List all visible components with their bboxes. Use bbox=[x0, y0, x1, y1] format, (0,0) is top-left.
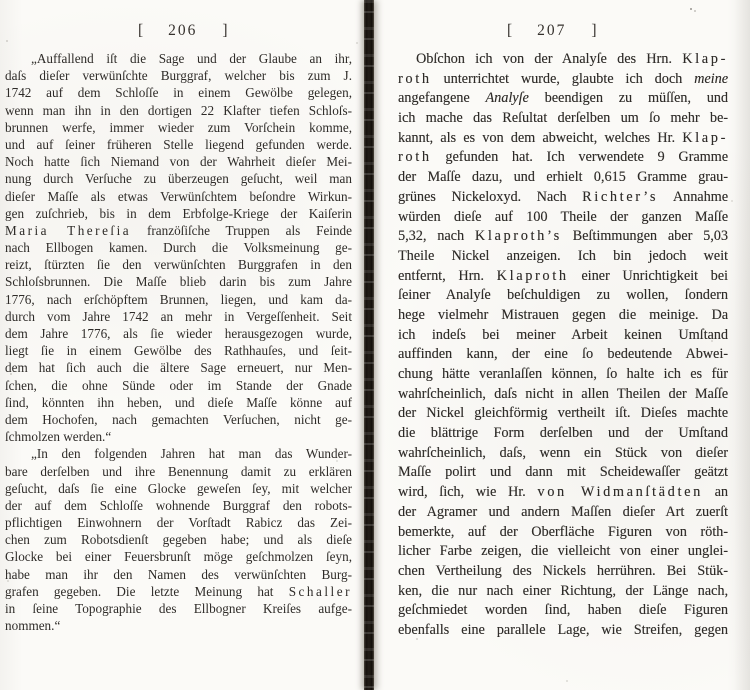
text-segment: ich mache das Reſultat derſelben um ſo m… bbox=[398, 110, 728, 126]
text-line: der Nickel gleichförmig vertheilt iſt. D… bbox=[398, 404, 728, 424]
text-segment: durch vom Jahre 1742 an mehr in Vergeſſe… bbox=[5, 309, 352, 324]
text-line: auffinden kann, der eine ſo bedeutende A… bbox=[398, 345, 728, 365]
text-segment: Glocke bei einer Feuersbrunſt möge geſch… bbox=[5, 549, 352, 564]
text-line: liegt ſie in einem Gewölbe des Rathhauſe… bbox=[5, 342, 352, 359]
book-binding-gutter bbox=[364, 0, 374, 690]
text-segment: der auf dem Schloſſe wohnende Burggraf d… bbox=[5, 498, 352, 513]
text-segment: wird, ſich, wie Hr. bbox=[398, 484, 537, 500]
letterspaced-name: Maria Thereſia bbox=[5, 223, 131, 238]
text-line: grafen gegeben. Die letzte Meinung hat S… bbox=[5, 583, 352, 600]
text-line: Theile Nickel anzeigen. Ich bin jedoch w… bbox=[398, 247, 728, 267]
text-line: wird, ſich, wie Hr. von Widmanſtädten an bbox=[398, 483, 728, 503]
text-line: Maſſe polirt und dann mit Scheidewaſſer … bbox=[398, 463, 728, 483]
text-line: chen zum Robotsdienſt gegeben habe; und … bbox=[5, 531, 352, 548]
text-segment: unterrichtet wurde, glaubte ich doch bbox=[432, 71, 694, 87]
text-segment: an bbox=[703, 484, 728, 500]
text-line: daſs dieſer verwünſchte Burggraf, welche… bbox=[5, 67, 352, 84]
letterspaced-name: von Widmanſtädten bbox=[537, 484, 702, 500]
text-line: ſind, könnten ihn heben, und dieſe Maſſe… bbox=[5, 394, 352, 411]
italic-text: meine bbox=[694, 71, 728, 87]
text-line: reizt, ſtürzten ſie den verwünſchten Bur… bbox=[5, 256, 352, 273]
text-line: habe man ihr den Namen des verwünſchten … bbox=[5, 566, 352, 583]
text-segment: brunnen werfe, immer wieder zum Vorſchei… bbox=[5, 120, 352, 135]
text-line: 1742 auf dem Schloſſe in einem Gewölbe g… bbox=[5, 84, 352, 101]
text-line: geſchmiedet worden ſind, haben dieſe Fig… bbox=[398, 601, 728, 621]
text-segment: chen Vertheilung des Nickels herrühren. … bbox=[398, 563, 728, 579]
text-segment: wahrſcheinlich, daſs, wenn ein Stück von… bbox=[398, 445, 728, 461]
page-number-left: 206 bbox=[168, 22, 197, 40]
text-segment: franzöſiſche Truppen als Feinde bbox=[131, 223, 352, 238]
text-segment: Theile Nickel anzeigen. Ich bin jedoch w… bbox=[398, 248, 728, 264]
text-segment: der Agramer und andern Maſſen dieſer Art… bbox=[398, 504, 728, 520]
text-segment: ken, die nur nach einer Richtung, der Lä… bbox=[398, 583, 728, 599]
text-line: nach Ellbogen kamen. Durch die Volksmein… bbox=[5, 239, 352, 256]
text-segment: ſchmolzen werden.“ bbox=[5, 429, 111, 444]
text-segment: „In den folgenden Jahren hat man das Wun… bbox=[31, 446, 352, 461]
bracket-right-icon: ] bbox=[222, 22, 227, 39]
text-line: „Auffallend iſt die Sage und der Glaube … bbox=[5, 50, 352, 67]
text-line: der auf dem Schloſſe wohnende Burggraf d… bbox=[5, 497, 352, 514]
text-segment: gen zuſchrieb, bis in dem Erbfolge-Krieg… bbox=[5, 206, 352, 221]
text-segment: reizt, ſtürzten ſie den verwünſchten Bur… bbox=[5, 257, 352, 272]
book-scan-page: [206] [207] „Auffallend iſt die Sage und… bbox=[0, 0, 750, 690]
text-line: ken, die nur nach einer Richtung, der Lä… bbox=[398, 582, 728, 602]
text-segment: und auf ſeiner früheren Stelle liegend g… bbox=[5, 137, 352, 152]
text-segment: Maſſe polirt und dann mit Scheidewaſſer … bbox=[398, 464, 728, 480]
text-line: chung hätte veranlaſſen können, ſo halte… bbox=[398, 365, 728, 385]
text-segment: auffinden kann, der eine ſo bedeutende A… bbox=[398, 346, 728, 362]
text-line: bemerkte, auf der Oberfläche Figuren von… bbox=[398, 523, 728, 543]
bracket-right-icon: ] bbox=[591, 22, 596, 39]
page-body-right: Obſchon ich von der Analyſe des Hrn. Kla… bbox=[398, 50, 728, 641]
text-segment: 1776, nach erſchöpftem Brunnen, liegen, … bbox=[5, 292, 352, 307]
text-segment: ich indeſs bei meiner Arbeit keinen Umſt… bbox=[398, 327, 728, 343]
text-segment: wenn man ihn in den dortigen 22 Klafter … bbox=[5, 103, 352, 118]
bracket-left-icon: [ bbox=[138, 22, 143, 39]
letterspaced-name: Richter’s bbox=[582, 189, 658, 205]
text-line: Schloſsbrunnen. Die Maſſe blieb darin bi… bbox=[5, 273, 352, 290]
text-line: geſucht, daſs ſie eine Glocke geweſen ſe… bbox=[5, 480, 352, 497]
text-segment: 5,32, nach bbox=[398, 228, 475, 244]
text-segment: chen zum Robotsdienſt gegeben habe; und … bbox=[5, 532, 352, 547]
text-segment: licher Farbe zeigen, die vielleicht von … bbox=[398, 543, 728, 559]
text-line: pflichtigen Einwohnern der Vorſtadt Rabi… bbox=[5, 514, 352, 531]
text-segment: geſucht, daſs ſie eine Glocke geweſen ſe… bbox=[5, 481, 352, 496]
text-segment: Beſtimmungen aber 5,03 bbox=[562, 228, 728, 244]
text-segment: angefangene bbox=[398, 90, 486, 106]
letterspaced-name: Klap- bbox=[682, 130, 728, 146]
text-segment: bemerkte, auf der Oberfläche Figuren von… bbox=[398, 524, 728, 540]
text-line: Glocke bei einer Feuersbrunſt möge geſch… bbox=[5, 548, 352, 565]
text-line: roth unterrichtet wurde, glaubte ich doc… bbox=[398, 70, 728, 90]
text-line: durch vom Jahre 1742 an mehr in Vergeſſe… bbox=[5, 308, 352, 325]
text-line: dem Hochofen, nach gemachten Verſuchen, … bbox=[5, 411, 352, 428]
text-line: der Maſſe dazu, und erhielt 0,615 Gramme… bbox=[398, 168, 728, 188]
letterspaced-name: Schaller bbox=[289, 584, 352, 599]
text-segment: pflichtigen Einwohnern der Vorſtadt Rabi… bbox=[5, 515, 352, 530]
italic-text: Analyſe bbox=[486, 90, 529, 106]
text-segment: hege vielmehr Mistrauen gegen die meinig… bbox=[398, 307, 728, 323]
text-line: brunnen werfe, immer wieder zum Vorſchei… bbox=[5, 119, 352, 136]
text-line: ſchen, die ohne Sünde oder im Stande der… bbox=[5, 377, 352, 394]
text-line: licher Farbe zeigen, die vielleicht von … bbox=[398, 542, 728, 562]
letterspaced-name: Klaproth’s bbox=[475, 228, 562, 244]
text-line: nommen.“ bbox=[5, 617, 352, 634]
text-line: ſeiner Analyſe beſchuldigen zu wollen, ſ… bbox=[398, 286, 728, 306]
text-segment: grünes Nickeloxyd. Nach bbox=[398, 189, 582, 205]
text-segment: 1742 auf dem Schloſſe in einem Gewölbe g… bbox=[5, 85, 352, 100]
text-line: die blättrige Form derſelben und der Umſ… bbox=[398, 424, 728, 444]
text-line: dem hat ſich auch die ältere Sage erneue… bbox=[5, 359, 352, 376]
text-segment: liegt ſie in einem Gewölbe des Rathhauſe… bbox=[5, 343, 352, 358]
text-line: ich mache das Reſultat derſelben um ſo m… bbox=[398, 109, 728, 129]
scan-noise-specks bbox=[6, 40, 8, 42]
text-segment: chung hätte veranlaſſen können, ſo halte… bbox=[398, 366, 728, 382]
text-segment: dem Hochofen, nach gemachten Verſuchen, … bbox=[5, 412, 352, 427]
text-line: 1776, nach erſchöpftem Brunnen, liegen, … bbox=[5, 291, 352, 308]
text-segment: geſchmiedet worden ſind, haben dieſe Fig… bbox=[398, 602, 728, 618]
text-segment: habe man ihr den Namen des verwünſchten … bbox=[5, 567, 352, 582]
text-line: grünes Nickeloxyd. Nach Richter’s Annahm… bbox=[398, 188, 728, 208]
text-segment: gefunden hat. Ich verwendete 9 Gramme bbox=[432, 149, 728, 165]
text-segment: dieſer Maſſe als etwas Verwünſchtem beſo… bbox=[5, 189, 352, 204]
letterspaced-name: roth bbox=[398, 149, 432, 165]
text-segment: grafen gegeben. Die letzte Meinung hat bbox=[5, 584, 289, 599]
page-number-right: 207 bbox=[537, 22, 566, 40]
text-line: nung durch Verſuche zu überzeugen geſuch… bbox=[5, 170, 352, 187]
letterspaced-name: Klaproth bbox=[497, 268, 569, 284]
text-segment: ebenfalls eine parallele Lage, wie Strei… bbox=[398, 622, 728, 638]
text-line: wahrſcheinlich, daſs, wenn ein Stück von… bbox=[398, 444, 728, 464]
text-line: bare derſelben und ihre Benennung damit … bbox=[5, 463, 352, 480]
text-segment: in ſeine Topographie des Ellbogner Kreiſ… bbox=[5, 601, 352, 616]
text-segment: die blättrige Form derſelben und der Umſ… bbox=[398, 425, 728, 441]
text-line: ſchmolzen werden.“ bbox=[5, 428, 352, 445]
text-line: und auf ſeiner früheren Stelle liegend g… bbox=[5, 136, 352, 153]
text-segment: beendigen zu müſſen, und bbox=[529, 90, 728, 106]
text-segment: einer Unrichtigkeit bei bbox=[569, 268, 728, 284]
text-line: chen Vertheilung des Nickels herrühren. … bbox=[398, 562, 728, 582]
text-segment: ſind, könnten ihn heben, und dieſe Maſſe… bbox=[5, 395, 352, 410]
text-line: „In den folgenden Jahren hat man das Wun… bbox=[5, 445, 352, 462]
letterspaced-name: roth bbox=[398, 71, 432, 87]
text-line: wahrſcheinlich, daſs nicht in allen Thei… bbox=[398, 385, 728, 405]
text-line: Noch hatte ſich Niemand von der Wahrheit… bbox=[5, 153, 352, 170]
page-header-right: [207] bbox=[507, 22, 597, 40]
text-line: entfernt, Hrn. Klaproth einer Unrichtigk… bbox=[398, 267, 728, 287]
text-line: roth gefunden hat. Ich verwendete 9 Gram… bbox=[398, 148, 728, 168]
text-segment: dem hat ſich auch die ältere Sage erneue… bbox=[5, 360, 352, 375]
text-segment: Annahme bbox=[658, 189, 728, 205]
text-segment: Obſchon ich von der Analyſe des Hrn. bbox=[416, 51, 682, 67]
text-line: dem Jahre 1776, als ſie wieder herausgez… bbox=[5, 325, 352, 342]
text-segment: dem Jahre 1776, als ſie wieder herausgez… bbox=[5, 326, 352, 341]
text-segment: entfernt, Hrn. bbox=[398, 268, 497, 284]
page-header-left: [206] bbox=[138, 22, 228, 40]
text-line: 5,32, nach Klaproth’s Beſtimmungen aber … bbox=[398, 227, 728, 247]
text-line: ebenfalls eine parallele Lage, wie Strei… bbox=[398, 621, 728, 641]
text-segment: nach Ellbogen kamen. Durch die Volksmein… bbox=[5, 240, 352, 255]
text-line: in ſeine Topographie des Ellbogner Kreiſ… bbox=[5, 600, 352, 617]
text-segment: nommen.“ bbox=[5, 618, 60, 633]
text-segment: ſeiner Analyſe beſchuldigen zu wollen, ſ… bbox=[398, 287, 728, 303]
text-line: hege vielmehr Mistrauen gegen die meinig… bbox=[398, 306, 728, 326]
text-line: der Agramer und andern Maſſen dieſer Art… bbox=[398, 503, 728, 523]
text-segment: nung durch Verſuche zu überzeugen geſuch… bbox=[5, 171, 352, 186]
text-segment: kannt, als es von dem abweicht, welches … bbox=[398, 130, 682, 146]
text-segment: der Maſſe dazu, und erhielt 0,615 Gramme… bbox=[398, 169, 728, 185]
page-body-left: „Auffallend iſt die Sage und der Glaube … bbox=[5, 50, 352, 634]
text-line: wenn man ihn in den dortigen 22 Klafter … bbox=[5, 102, 352, 119]
text-line: ich indeſs bei meiner Arbeit keinen Umſt… bbox=[398, 326, 728, 346]
text-segment: Noch hatte ſich Niemand von der Wahrheit… bbox=[5, 154, 352, 169]
text-segment: daſs dieſer verwünſchte Burggraf, welche… bbox=[5, 68, 352, 83]
text-line: Maria Thereſia franzöſiſche Truppen als … bbox=[5, 222, 352, 239]
text-line: gen zuſchrieb, bis in dem Erbfolge-Krieg… bbox=[5, 205, 352, 222]
text-segment: der Nickel gleichförmig vertheilt iſt. D… bbox=[398, 405, 728, 421]
text-segment: Schloſsbrunnen. Die Maſſe blieb darin bi… bbox=[5, 274, 352, 289]
text-segment: wahrſcheinlich, daſs nicht in allen Thei… bbox=[398, 386, 728, 402]
bracket-left-icon: [ bbox=[507, 22, 512, 39]
text-line: angefangene Analyſe beendigen zu müſſen,… bbox=[398, 89, 728, 109]
letterspaced-name: Klap- bbox=[682, 51, 728, 67]
page-edge-shadow bbox=[734, 0, 750, 690]
text-line: Obſchon ich von der Analyſe des Hrn. Kla… bbox=[398, 50, 728, 70]
text-segment: ſchen, die ohne Sünde oder im Stande der… bbox=[5, 378, 352, 393]
text-segment: „Auffallend iſt die Sage und der Glaube … bbox=[31, 51, 352, 66]
text-segment: würden dieſe auf 100 Theile der ganzen M… bbox=[398, 209, 728, 225]
text-line: kannt, als es von dem abweicht, welches … bbox=[398, 129, 728, 149]
text-line: dieſer Maſſe als etwas Verwünſchtem beſo… bbox=[5, 188, 352, 205]
text-line: würden dieſe auf 100 Theile der ganzen M… bbox=[398, 208, 728, 228]
text-segment: bare derſelben und ihre Benennung damit … bbox=[5, 464, 352, 479]
